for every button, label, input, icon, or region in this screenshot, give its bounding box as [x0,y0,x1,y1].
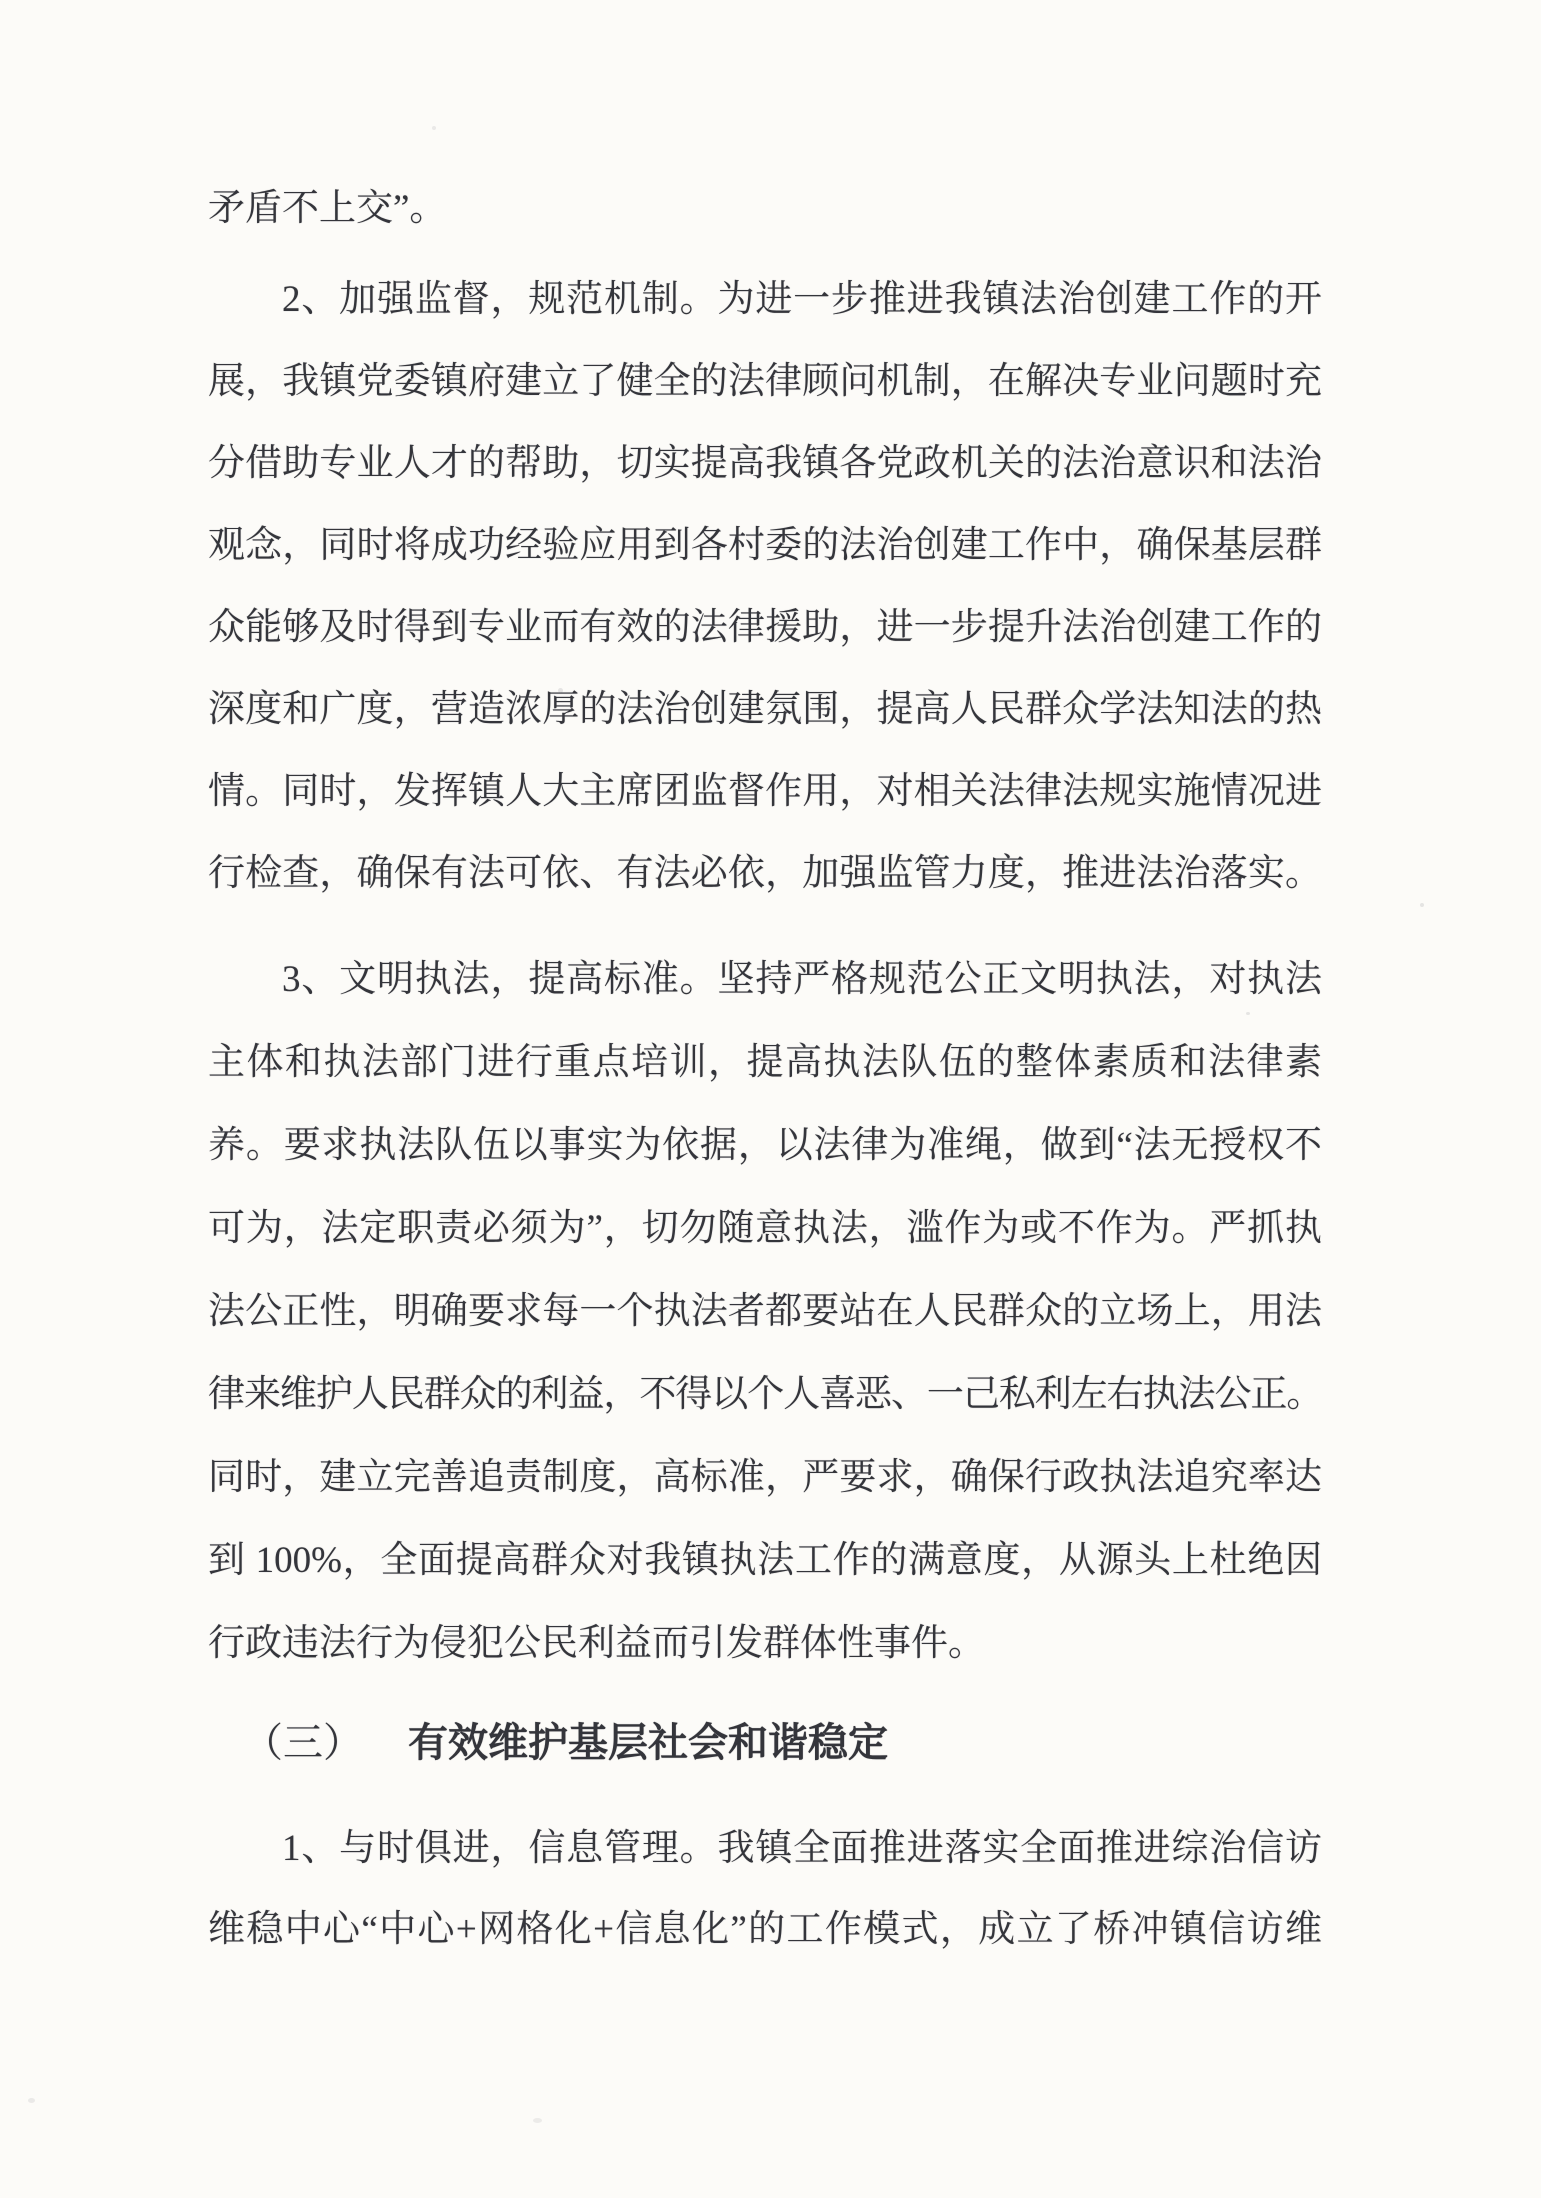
section-heading-line: （三）有效维护基层社会和谐稳定 [208,1702,1322,1784]
text-line: 情。同时，发挥镇人大主席团监督作用，对相关法律法规实施情况进 [208,751,1322,833]
text-line: 法公正性，明确要求每一个执法者都要站在人民群众的立场上，用法 [208,1270,1322,1353]
text-line: 养。要求执法队伍以事实为依据，以法律为准绳，做到“法无授权不 [208,1104,1322,1187]
text-line: 深度和广度，营造浓厚的法治创建氛围，提高人民群众学法知法的热 [208,669,1322,751]
text-line: 维稳中心“中心+网格化+信息化”的工作模式，成立了桥冲镇信访维 [208,1889,1322,1970]
paragraph-2: 2、加强监督，规范机制。为进一步推进我镇法治创建工作的开展，我镇党委镇府建立了健… [208,259,1322,915]
text-line: 2、加强监督，规范机制。为进一步推进我镇法治创建工作的开 [208,259,1322,341]
paragraph-3: 3、文明执法，提高标准。坚持严格规范公正文明执法，对执法主体和执法部门进行重点培… [208,938,1322,1685]
section-heading-title: 有效维护基层社会和谐稳定 [408,1720,888,1765]
scan-speck [558,688,563,693]
scan-speck [533,2118,542,2123]
paragraph-4: 1、与时俱进，信息管理。我镇全面推进落实全面推进综治信访维稳中心“中心+网格化+… [208,1808,1322,1970]
scan-speck [432,126,436,130]
text-line: 行检查，确保有法可依、有法必依，加强监管力度，推进法治落实。 [208,833,1322,915]
text-line: 到 100%，全面提高群众对我镇执法工作的满意度，从源头上杜绝因 [208,1519,1322,1602]
text-line: 主体和执法部门进行重点培训，提高执法队伍的整体素质和法律素 [208,1021,1322,1104]
scan-speck [1246,1012,1250,1015]
text-line: 可为，法定职责必须为”，切勿随意执法，滥作为或不作为。严抓执 [208,1187,1322,1270]
text-line: 3、文明执法，提高标准。坚持严格规范公正文明执法，对执法 [208,938,1322,1021]
scanned-document-page: 矛盾不上交”。 2、加强监督，规范机制。为进一步推进我镇法治创建工作的开展，我镇… [0,0,1541,2198]
text-line: 行政违法行为侵犯公民利益而引发群体性事件。 [208,1602,1322,1685]
section-heading-number: （三） [243,1720,363,1765]
text-line: 展，我镇党委镇府建立了健全的法律顾问机制，在解决专业问题时充 [208,341,1322,423]
text-line: 1、与时俱进，信息管理。我镇全面推进落实全面推进综治信访 [208,1808,1322,1889]
scan-speck [1420,903,1424,907]
section-heading: （三）有效维护基层社会和谐稳定 [208,1702,1322,1784]
scan-speck [28,2098,35,2103]
text-line: 矛盾不上交”。 [208,168,1322,250]
text-line: 同时，建立完善追责制度，高标准，严要求，确保行政执法追究率达 [208,1436,1322,1519]
text-line: 分借助专业人才的帮助，切实提高我镇各党政机关的法治意识和法治 [208,423,1322,505]
text-line: 观念，同时将成功经验应用到各村委的法治创建工作中，确保基层群 [208,505,1322,587]
paragraph-1-continuation: 矛盾不上交”。 [208,168,1322,250]
text-line: 众能够及时得到专业而有效的法律援助，进一步提升法治创建工作的 [208,587,1322,669]
text-line: 律来维护人民群众的利益，不得以个人喜恶、一己私利左右执法公正。 [208,1353,1322,1436]
